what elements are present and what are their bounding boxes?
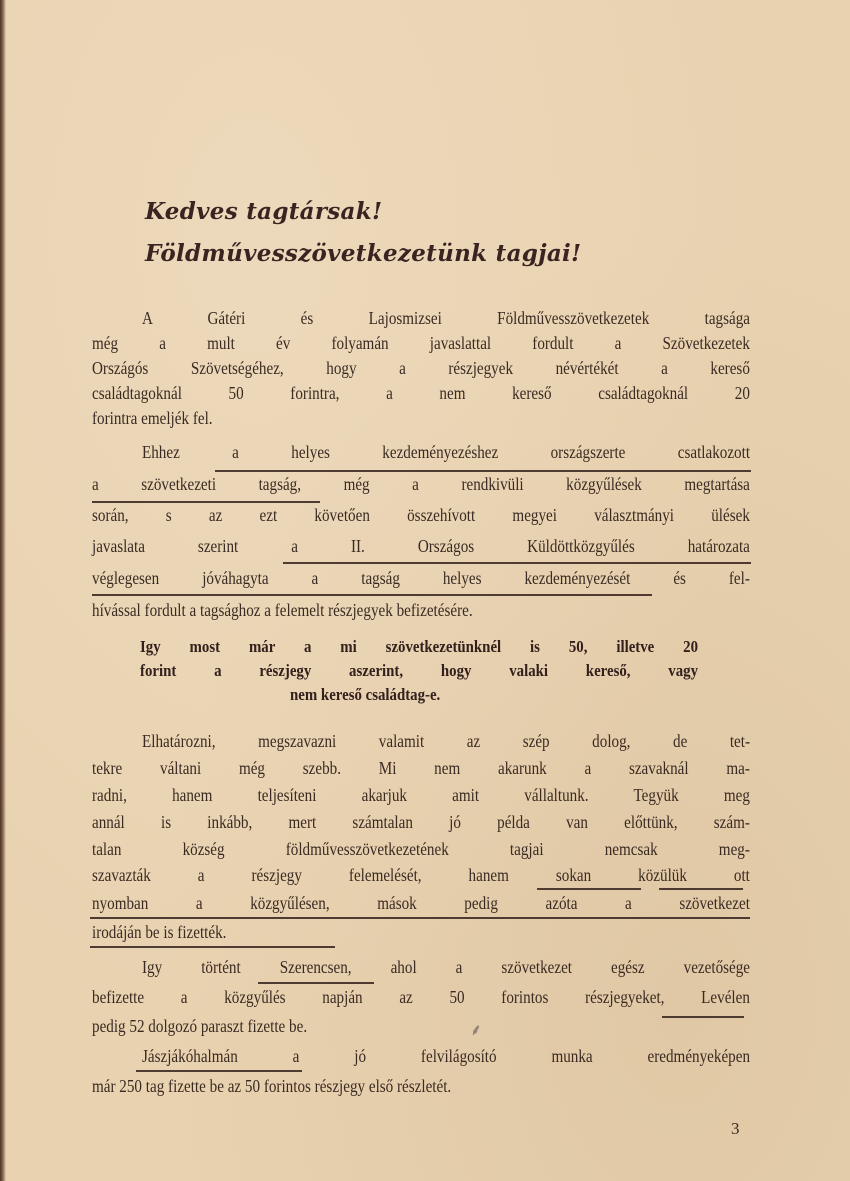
salutation-subheading: Földművesszövetkezetünk tagjai! (145, 240, 581, 267)
underline (659, 888, 743, 890)
paragraph-5-line: már 250 tag fizette be az 50 forintos ré… (92, 1074, 750, 1098)
underline (90, 917, 750, 919)
paragraph-1-line: családtagoknál 50 forintra, a nem kereső… (92, 381, 750, 405)
paragraph-2-line: a szövetkezeti tagság, még a rendkivüli … (92, 472, 750, 496)
ink-mark: ⸙ (470, 1018, 482, 1040)
underline (537, 888, 641, 890)
document-page: Kedves tagtársak! Földművesszövetkezetün… (0, 0, 850, 1181)
underline (283, 562, 751, 564)
paragraph-2-line: véglegesen jóváhagyta a tagság helyes ke… (92, 566, 750, 590)
paragraph-3-line: radni, hanem teljesíteni akarjuk amit vá… (92, 783, 750, 807)
emphasis-line: Igy most már a mi szövetkezetünknél is 5… (140, 636, 698, 658)
underline (136, 1070, 302, 1072)
paragraph-4-line: befizette a közgyűlés napján az 50 forin… (92, 985, 750, 1009)
emphasis-line: nem kereső családtag-e. (290, 684, 440, 706)
paragraph-4-line: pedig 52 dolgozó paraszt fizette be. (92, 1014, 750, 1038)
page-edge (0, 0, 6, 1181)
paragraph-3-line: nyomban a közgyűlésen, mások pedig azóta… (92, 891, 750, 915)
paragraph-1-line: A Gátéri és Lajosmizsei Földművesszövetk… (142, 306, 750, 330)
paragraph-3-line: talan község földművesszövetkezetének ta… (92, 837, 750, 861)
paragraph-2-line: hívással fordult a tagsághoz a felemelt … (92, 598, 750, 622)
paragraph-3-line: Elhatározni, megszavazni valamit az szép… (142, 729, 750, 753)
paragraph-1-line: forintra emeljék fel. (92, 406, 750, 430)
paragraph-2-line: során, s az ezt követően összehívott meg… (92, 503, 750, 527)
paragraph-5-line: Jászjákóhalmán a jó felvilágosító munka … (142, 1044, 750, 1068)
paragraph-2-line: Ehhez a helyes kezdeményezéshez országsz… (142, 440, 750, 464)
paragraph-3-line: annál is inkább, mert számtalan jó példa… (92, 810, 750, 834)
paragraph-3-line: tekre váltani még szebb. Mi nem akarunk … (92, 756, 750, 780)
paragraph-3-line: szavazták a részjegy felemelését, hanem … (92, 863, 750, 887)
paragraph-4-line: Igy történt Szerencsen, ahol a szövetkez… (142, 955, 750, 979)
emphasis-line: forint a részjegy aszerint, hogy valaki … (140, 660, 698, 682)
underline (90, 946, 335, 948)
paragraph-1-line: Országós Szövetségéhez, hogy a részjegye… (92, 356, 750, 380)
paragraph-2-line: javaslata szerint a II. Országos Küldött… (92, 534, 750, 558)
salutation-heading: Kedves tagtársak! (145, 198, 382, 225)
underline (258, 982, 374, 984)
paragraph-3-line: irodáján be is fizették. (92, 920, 750, 944)
page-number: 3 (731, 1119, 740, 1139)
paragraph-1-line: még a mult év folyamán javaslattal fordu… (92, 331, 750, 355)
underline (92, 594, 652, 596)
